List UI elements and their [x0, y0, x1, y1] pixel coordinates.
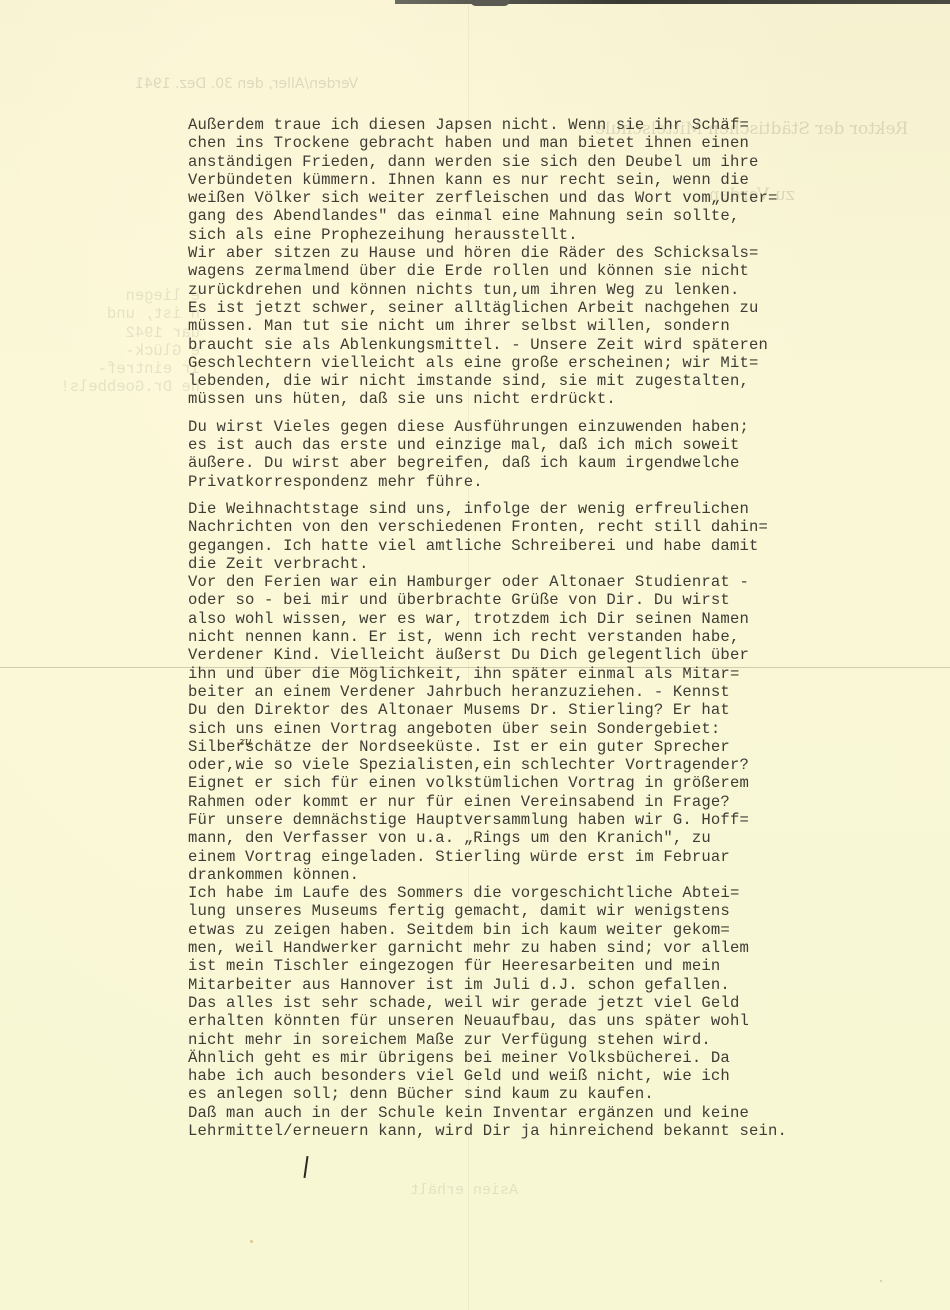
text-line: lung unseres Museums fertig gemacht, dam… [188, 902, 928, 920]
text-line: mann, den Verfasser von u.a. „Rings um d… [188, 829, 928, 847]
text-line: Du den Direktor des Altonaer Musems Dr. … [188, 701, 928, 719]
text-line: gang des Abendlandes" das einmal eine Ma… [188, 207, 928, 225]
text-line: Du wirst Vieles gegen diese Ausführungen… [188, 418, 928, 436]
text-line: Geschlechtern vielleicht als eine große … [188, 354, 928, 372]
text-line: Das alles ist sehr schade, weil wir gera… [188, 994, 928, 1012]
text-line: nicht nennen kann. Er ist, wenn ich rech… [188, 628, 928, 646]
text-line: äußere. Du wirst aber begreifen, daß ich… [188, 454, 928, 472]
text-line: etwas zu zeigen haben. Seitdem bin ich k… [188, 921, 928, 939]
scanner-clip-shadow [470, 0, 510, 6]
text-line: Ich habe im Laufe des Sommers die vorges… [188, 884, 928, 902]
text-line: men, weil Handwerker garnicht mehr zu ha… [188, 939, 928, 957]
text-line: also wohl wissen, wer es war, trotzdem i… [188, 610, 928, 628]
text-line: wagens zermalmend über die Erde rollen u… [188, 262, 928, 280]
text-line: drankommen können. [188, 866, 928, 884]
text-line: Eignet er sich für einen volkstümlichen … [188, 774, 928, 792]
paragraph-3: Die Weihnachtstage sind uns, infolge der… [188, 500, 928, 1140]
handwritten-slash-mark [303, 1156, 308, 1178]
text-line: beiter an einem Verdener Jahrbuch heranz… [188, 683, 928, 701]
text-line: nicht mehr in soreichem Maße zur Verfügu… [188, 1031, 928, 1049]
text-line: Wir aber sitzen zu Hause und hören die R… [188, 244, 928, 262]
text-line: Daß man auch in der Schule kein Inventar… [188, 1104, 928, 1122]
text-line: Verbündeten kümmern. Ihnen kann es nur r… [188, 171, 928, 189]
text-line: die Zeit verbracht. [188, 555, 928, 573]
text-line: Silberschätze der Nordseeküste. Ist er e… [188, 738, 928, 756]
text-line: braucht sie als Ablenkungsmittel. - Unse… [188, 336, 928, 354]
paragraph-1: Außerdem traue ich diesen Japsen nicht. … [188, 116, 928, 409]
showthrough-date: Verden/Aller, den 30. Dez. 1941 [135, 76, 358, 92]
text-line: Ähnlich geht es mir übrigens bei meiner … [188, 1049, 928, 1067]
text-line: Für unsere demnächstige Hauptversammlung… [188, 811, 928, 829]
text-line: ist mein Tischler eingezogen für Heeresa… [188, 957, 928, 975]
text-line: erhalten könnten für unseren Neuaufbau, … [188, 1012, 928, 1030]
text-line: Lehrmittel/erneuern kann, wird Dir ja hi… [188, 1122, 928, 1140]
text-line: oder,wie so viele Spezialisten,ein schle… [188, 756, 928, 774]
showthrough-signature: Asien erhält [410, 1182, 518, 1200]
text-line: zurückdrehen und können nichts tun,um ih… [188, 281, 928, 299]
text-line: chen ins Trockene gebracht haben und man… [188, 134, 928, 152]
text-line: sich als eine Prophezeihung herausstellt… [188, 226, 928, 244]
text-line: gegangen. Ich hatte viel amtliche Schrei… [188, 537, 928, 555]
paragraph-2: Du wirst Vieles gegen diese Ausführungen… [188, 418, 928, 491]
text-line: anständigen Frieden, dann werden sie sic… [188, 153, 928, 171]
text-line: weißen Völker sich weiter zerfleischen u… [188, 189, 928, 207]
letter-page: Rektor der Städtischen Mittelschule zu V… [0, 0, 950, 1310]
paragraph-gap [188, 491, 928, 500]
text-line: oder so - bei mir und überbrachte Grüße … [188, 591, 928, 609]
text-line: sich uns einen Vortrag angeboten über se… [188, 720, 928, 738]
text-line: Mitarbeiter aus Hannover ist im Juli d.J… [188, 976, 928, 994]
text-line: Nachrichten von den verschiedenen Fronte… [188, 518, 928, 536]
text-line: müssen. Man tut sie nicht um ihrer selbs… [188, 317, 928, 335]
letter-body: Außerdem traue ich diesen Japsen nicht. … [188, 116, 928, 1140]
text-line: lebenden, die wir nicht imstande sind, s… [188, 372, 928, 390]
text-line: es anlegen soll; denn Bücher sind kaum z… [188, 1085, 928, 1103]
text-line: müssen uns hüten, daß sie uns nicht erdr… [188, 390, 928, 408]
text-line: Es ist jetzt schwer, seiner alltäglichen… [188, 299, 928, 317]
paper-stain [250, 1240, 253, 1243]
text-line: Vor den Ferien war ein Hamburger oder Al… [188, 573, 928, 591]
text-line: einem Vortrag eingeladen. Stierling würd… [188, 848, 928, 866]
text-line: Verdener Kind. Vielleicht äußerst Du Dic… [188, 646, 928, 664]
text-line: Außerdem traue ich diesen Japsen nicht. … [188, 116, 928, 134]
text-line: Privatkorrespondenz mehr führe. [188, 473, 928, 491]
paragraph-gap [188, 409, 928, 418]
text-line: Rahmen oder kommt er nur für einen Verei… [188, 793, 928, 811]
showthrough-left-fragments: e liegen n ist, und uar 1942 e Glück- ir… [55, 287, 200, 397]
text-line: Die Weihnachtstage sind uns, infolge der… [188, 500, 928, 518]
text-line: es ist auch das erste und einzige mal, d… [188, 436, 928, 454]
text-line: habe ich auch besonders viel Geld und we… [188, 1067, 928, 1085]
text-line: ihn und über die Möglichkeit, ihn später… [188, 665, 928, 683]
handwritten-insert-zu: zu [239, 735, 252, 748]
paper-stain [880, 1280, 882, 1282]
